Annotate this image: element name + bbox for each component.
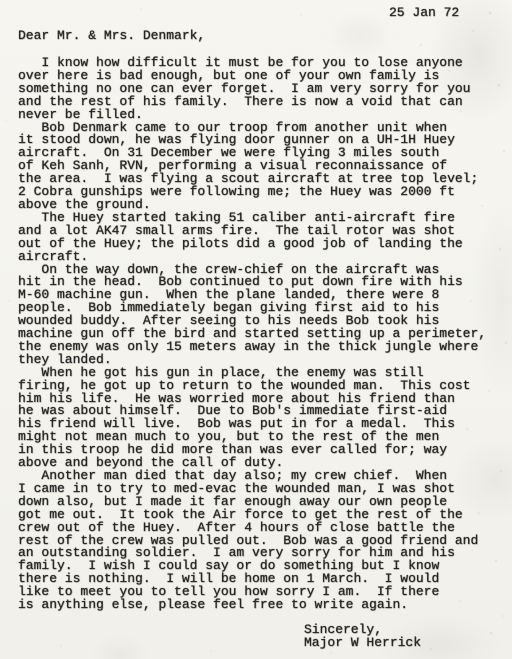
letter-body: I know how difficult it must be for you … [18,57,504,612]
letter-paragraph-2: Bob Denmark came to our troop from anoth… [18,122,504,212]
letter-paragraph-5: When he got his gun in place, the enemy … [18,367,504,470]
letter-document: 25 Jan 72 Dear Mr. & Mrs. Denmark, I kno… [0,0,512,659]
letter-paragraph-1: I know how difficult it must be for you … [18,57,504,122]
signature: Major W Herrick [304,637,421,650]
letter-paragraph-3: The Huey started taking 51 caliber anti-… [18,212,504,264]
letter-date: 25 Jan 72 [389,7,459,20]
scan-noise-speckles [0,0,2,2]
letter-paragraph-4: On the way down, the crew-chief on the a… [18,264,504,367]
closing-block: Sincerely, Major W Herrick [304,624,421,650]
letter-paragraph-6: Another man died that day also; my crew … [18,470,504,612]
salutation: Dear Mr. & Mrs. Denmark, [18,30,205,43]
